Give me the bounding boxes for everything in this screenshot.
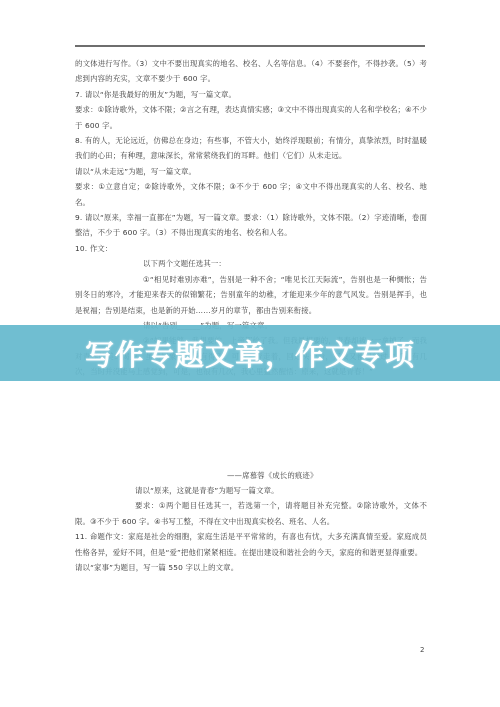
paragraph-q8-material: 8. 有的人，无论远近，仿佛总在身边；有些事，不管大小，始终浮现眼前；有情分，真… — [75, 133, 427, 164]
paragraph-q7-requirements: 要求：①除诗歌外，文体不限；②言之有理，表达真情实感；③文中不得出现真实的人名和… — [75, 102, 427, 133]
paragraph-q10-intro: 以下两个文题任选其一： — [75, 256, 427, 271]
document-page: 的文体进行写作。（3）文中不要出现真实的地名、校名、人名等信息。（4）不要套作，… — [0, 0, 500, 707]
paragraph-q11-prompt: 请以“家事”为题目，写一篇 550 字以上的文章。 — [75, 560, 427, 575]
paragraph-q6-continued: 的文体进行写作。（3）文中不要出现真实的地名、校名、人名等信息。（4）不要套作，… — [75, 56, 427, 87]
paragraph-q11: 11. 命题作文：家庭是社会的细胞，家庭生活是平平常常的，有喜也有忧，大多充满真… — [75, 529, 427, 560]
paragraph-q10-option1: ①“相见时难别亦难”，告别是一种不舍；“唯见长江天际流”，告别也是一种惆怅；告别… — [75, 272, 427, 318]
paragraph-q7-title: 7. 请以“你是我最好的朋友”为题，写一篇文章。 — [75, 87, 427, 102]
title-banner: 写作专题文章，作文专项 — [0, 325, 500, 381]
paragraph-q10-attribution: ——席慕蓉《成长的痕迹》 — [75, 468, 427, 483]
paragraph-q8-requirements: 要求：①立意自定；②除诗歌外，文体不限；③不少于 600 字；④文中不得出现真实… — [75, 179, 427, 210]
paragraph-q8-prompt: 请以“从未走远”为题，写一篇文章。 — [75, 164, 427, 179]
paragraph-q10-heading: 10. 作文： — [75, 241, 427, 256]
page-number: 2 — [420, 646, 424, 654]
paragraph-q9: 9. 请以“原来，幸福一直都在”为题，写一篇文章。要求：（1）除诗歌外，文体不限… — [75, 210, 427, 241]
blank-space — [75, 380, 427, 468]
paragraph-q10-option2-prompt: 请以“原来，这就是青春”为题写一篇文章。 — [75, 483, 427, 498]
paragraph-q10-requirements: 要求：①两个题目任选其一，若选第一个，请将题目补充完整。②除诗歌外，文体不限。③… — [75, 498, 427, 529]
header-rule — [75, 45, 425, 47]
document-body: 的文体进行写作。（3）文中不要出现真实的地名、校名、人名等信息。（4）不要套作，… — [75, 56, 427, 575]
banner-title: 写作专题文章，作文专项 — [85, 333, 415, 374]
